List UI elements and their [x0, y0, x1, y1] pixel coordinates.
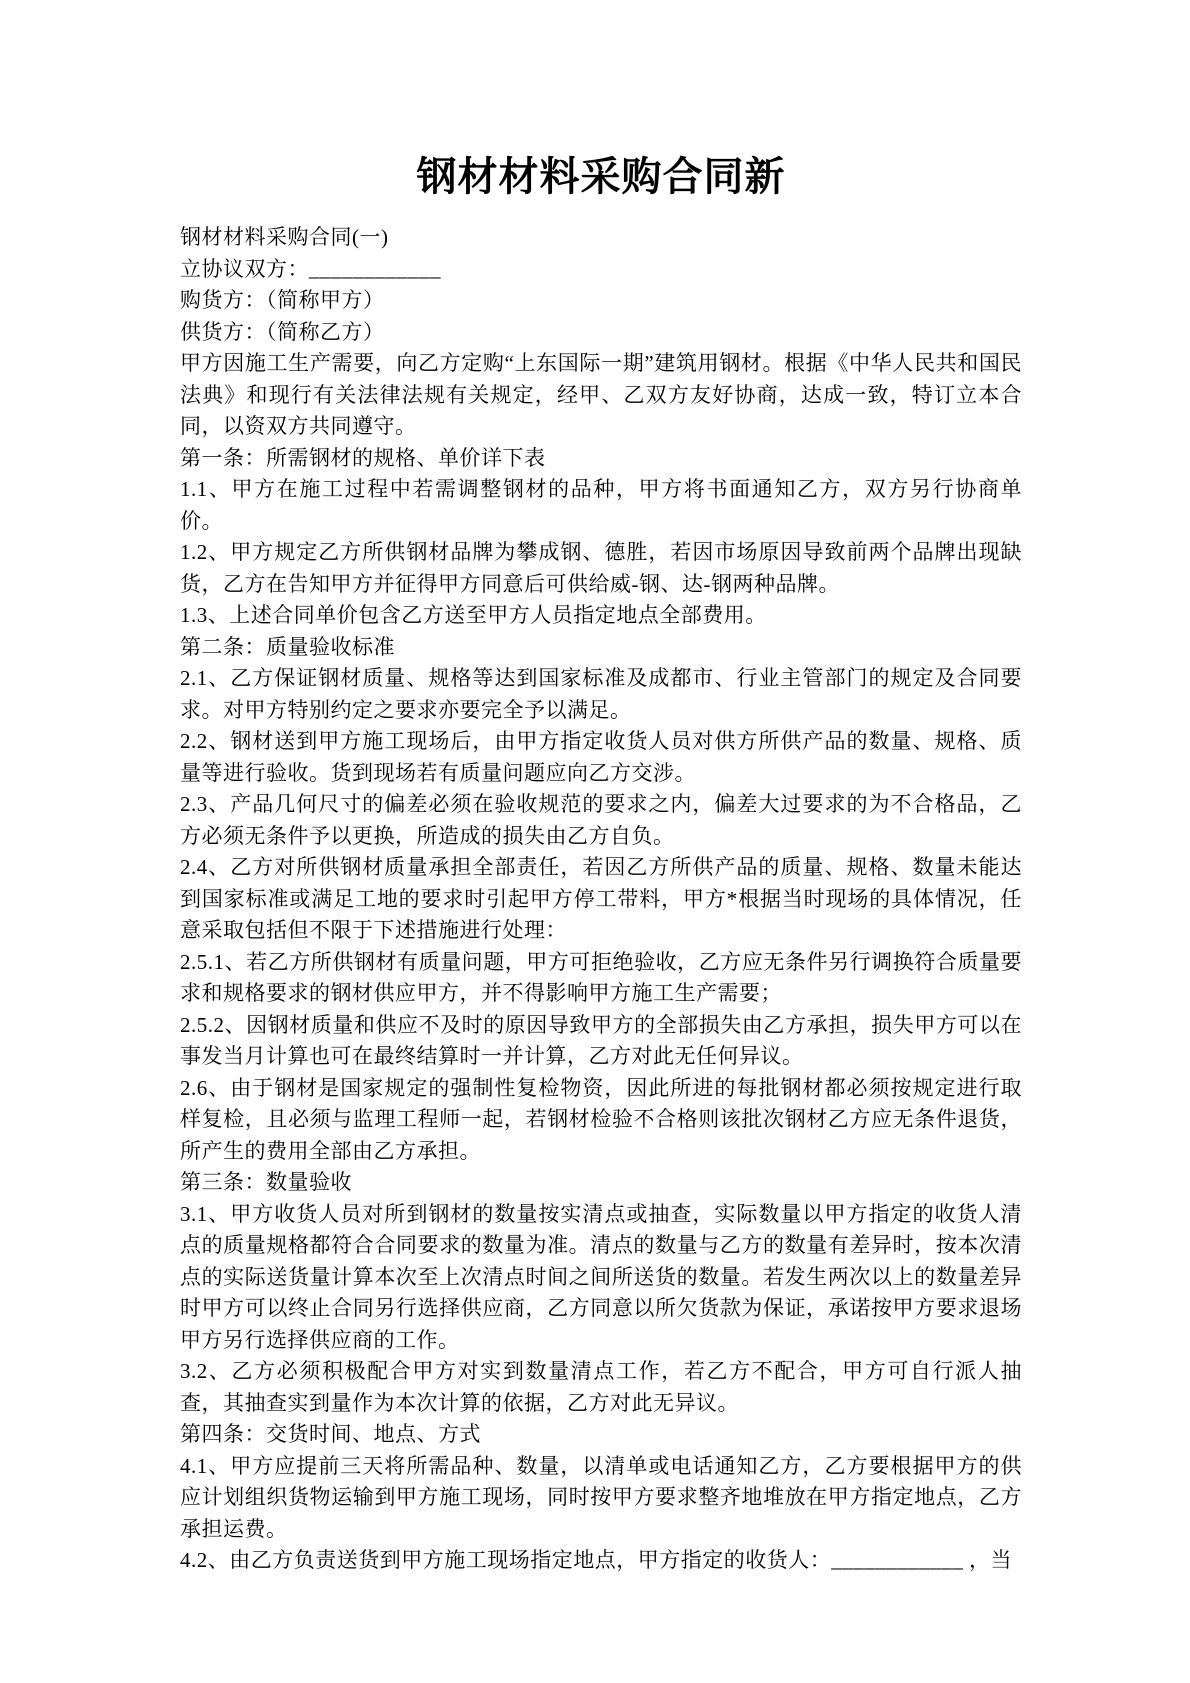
- heading-article-2: 第二条：质量验收标准: [180, 632, 1022, 664]
- paragraph-preamble: 甲方因施工生产需要，向乙方定购“上东国际一期”建筑用钢材。根据《中华人民共和国民…: [180, 348, 1022, 443]
- clause-2-6: 2.6、由于钢材是国家规定的强制性复检物资，因此所进的每批钢材都必须按规定进行取…: [180, 1073, 1022, 1168]
- clause-3-1: 3.1、甲方收货人员对所到钢材的数量按实清点或抽查，实际数量以甲方指定的收货人清…: [180, 1199, 1022, 1357]
- heading-article-4: 第四条：交货时间、地点、方式: [180, 1419, 1022, 1451]
- clause-2-4: 2.4、乙方对所供钢材质量承担全部责任，若因乙方所供产品的质量、规格、数量未能达…: [180, 852, 1022, 947]
- paragraph-parties-blank: 立协议双方：____________: [180, 254, 1022, 286]
- clause-2-1: 2.1、乙方保证钢材质量、规格等达到国家标准及成都市、行业主管部门的规定及合同要…: [180, 663, 1022, 726]
- heading-article-3: 第三条：数量验收: [180, 1167, 1022, 1199]
- paragraph-subtitle: 钢材材料采购合同(一): [180, 222, 1022, 254]
- contract-page: 钢材材料采购合同新 钢材材料采购合同(一) 立协议双方：____________…: [0, 0, 1190, 1683]
- paragraph-buyer: 购货方：（简称甲方）: [180, 285, 1022, 317]
- clause-2-5-1: 2.5.1、若乙方所供钢材有质量问题，甲方可拒绝验收，乙方应无条件另行调换符合质…: [180, 947, 1022, 1010]
- document-title: 钢材材料采购合同新: [180, 152, 1022, 202]
- clause-3-2: 3.2、乙方必须积极配合甲方对实到数量清点工作，若乙方不配合，甲方可自行派人抽查…: [180, 1356, 1022, 1419]
- clause-1-2: 1.2、甲方规定乙方所供钢材品牌为攀成钢、德胜，若因市场原因导致前两个品牌出现缺…: [180, 537, 1022, 600]
- clause-4-1: 4.1、甲方应提前三天将所需品种、数量，以清单或电话通知乙方，乙方要根据甲方的供…: [180, 1451, 1022, 1546]
- clause-2-5-2: 2.5.2、因钢材质量和供应不及时的原因导致甲方的全部损失由乙方承担，损失甲方可…: [180, 1010, 1022, 1073]
- paragraph-supplier: 供货方：（简称乙方）: [180, 317, 1022, 349]
- document-body: 钢材材料采购合同(一) 立协议双方：____________ 购货方：（简称甲方…: [180, 222, 1022, 1577]
- clause-4-2: 4.2、由乙方负责送货到甲方施工现场指定地点，甲方指定的收货人：________…: [180, 1545, 1022, 1577]
- clause-2-3: 2.3、产品几何尺寸的偏差必须在验收规范的要求之内，偏差大过要求的为不合格品，乙…: [180, 789, 1022, 852]
- clause-2-2: 2.2、钢材送到甲方施工现场后，由甲方指定收货人员对供方所供产品的数量、规格、质…: [180, 726, 1022, 789]
- clause-1-3: 1.3、上述合同单价包含乙方送至甲方人员指定地点全部费用。: [180, 600, 1022, 632]
- clause-1-1: 1.1、甲方在施工过程中若需调整钢材的品种，甲方将书面通知乙方，双方另行协商单价…: [180, 474, 1022, 537]
- heading-article-1: 第一条：所需钢材的规格、单价详下表: [180, 443, 1022, 475]
